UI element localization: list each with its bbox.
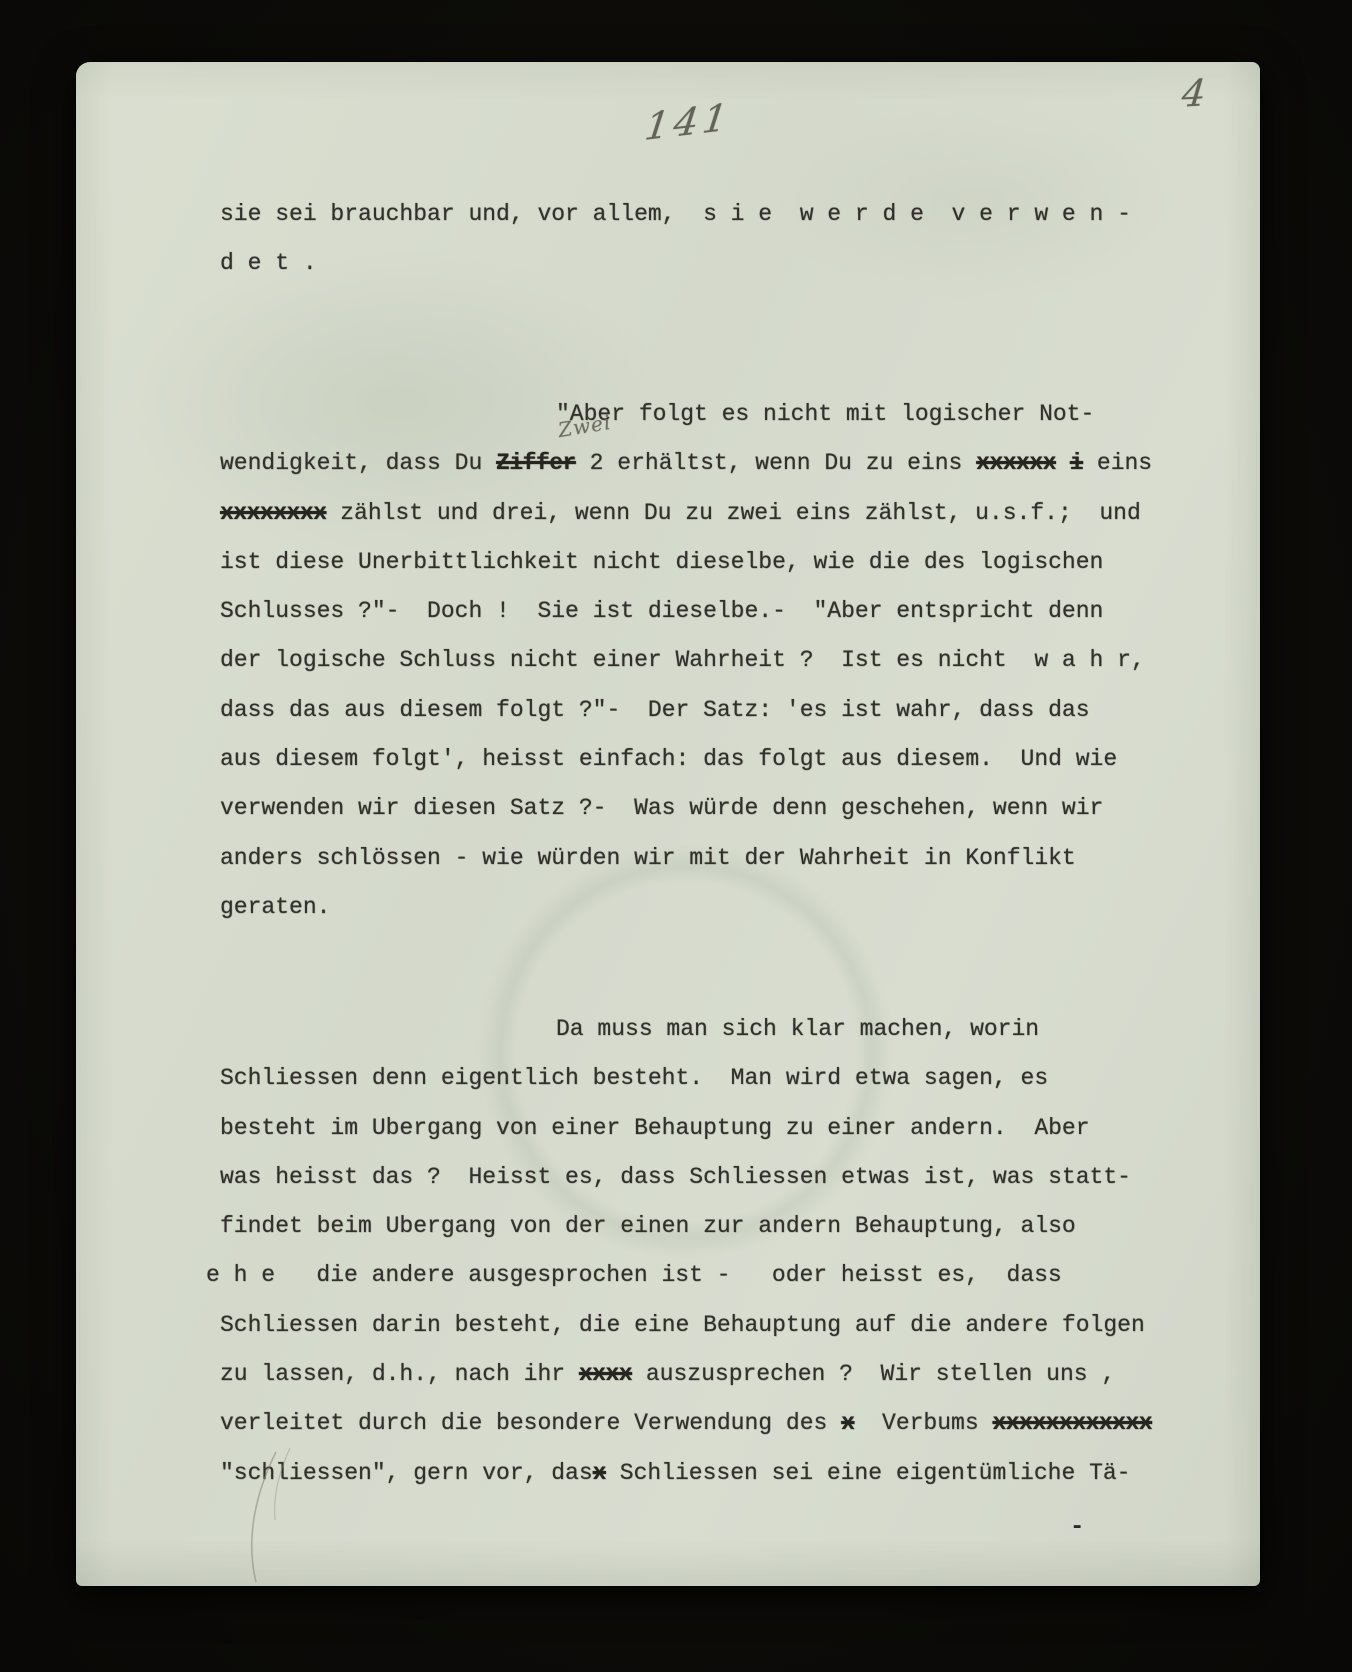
- typed-text-segment: dass das aus diesem folgt ?"- Der Satz: …: [220, 697, 1090, 723]
- typed-text-segment: geraten.: [220, 894, 330, 920]
- typed-text-segment: d e t .: [220, 250, 317, 276]
- typed-line: der logische Schluss nicht einer Wahrhei…: [220, 636, 1250, 685]
- typed-line: besteht im Ubergang von einer Behauptung…: [220, 1104, 1250, 1153]
- typed-line: Schliessen denn eigentlich besteht. Man …: [220, 1054, 1250, 1103]
- handwritten-page-number-corner: 4: [1180, 71, 1207, 115]
- struck-out-text: xxxx: [579, 1361, 632, 1387]
- typed-text-segment: Schliessen darin besteht, die eine Behau…: [220, 1312, 1145, 1338]
- typed-line: e h e die andere ausgesprochen ist - ode…: [220, 1251, 1250, 1300]
- struck-out-text: xxxxxxxx: [220, 500, 326, 526]
- pencil-scratch-mark: [218, 1446, 318, 1586]
- struck-out-text: i: [1070, 450, 1083, 476]
- typed-text-segment: findet beim Ubergang von der einen zur a…: [220, 1213, 1076, 1239]
- struck-out-text: xxxxxx: [976, 450, 1056, 476]
- typed-line: "Aber folgt es nicht mit logischer Not-: [220, 390, 1250, 439]
- typed-line: was heisst das ? Heisst es, dass Schlies…: [220, 1153, 1250, 1202]
- typed-line: findet beim Ubergang von der einen zur a…: [220, 1202, 1250, 1251]
- typed-text-segment: 2 erhältst, wenn Du zu eins: [576, 450, 976, 476]
- typed-text-segment: zählst und drei, wenn Du zu zwei eins zä…: [326, 500, 1140, 526]
- typed-line: ist diese Unerbittlichkeit nicht dieselb…: [220, 538, 1250, 587]
- typed-paragraph-2: "Aber folgt es nicht mit logischer Not-w…: [220, 390, 1250, 932]
- typed-text-segment: auszusprechen ? Wir stellen uns ,: [632, 1361, 1115, 1387]
- typed-text-segment: besteht im Ubergang von einer Behauptung…: [220, 1115, 1090, 1141]
- typed-line: wendigkeit, dass Du Ziffer 2 erhältst, w…: [220, 439, 1250, 488]
- typed-text-segment: "Aber folgt es nicht mit logischer Not-: [556, 401, 1094, 427]
- typed-line: verleitet durch die besondere Verwendung…: [220, 1399, 1250, 1448]
- typed-text-segment: Verbums: [854, 1410, 992, 1436]
- typed-text-segment: Da muss man sich klar machen, worin: [556, 1016, 1039, 1042]
- photo-background: { "page": { "description": "Photographed…: [0, 0, 1352, 1672]
- typed-text-segment: wendigkeit, dass Du: [220, 450, 496, 476]
- typed-line: dass das aus diesem folgt ?"- Der Satz: …: [220, 686, 1250, 735]
- typed-text-segment: e h e die andere ausgesprochen ist - ode…: [206, 1262, 1062, 1288]
- struck-out-text: x: [593, 1460, 606, 1486]
- typed-line: anders schlössen - wie würden wir mit de…: [220, 834, 1250, 883]
- typed-paragraph-1: sie sei brauchbar und, vor allem, s i e …: [220, 190, 1250, 289]
- paper-sheet: 141 4 sie sei brauchbar und, vor allem, …: [76, 62, 1260, 1586]
- struck-out-text: x: [841, 1410, 854, 1436]
- typed-paragraph-3: Da muss man sich klar machen, worinSchli…: [220, 1005, 1250, 1498]
- typed-text-segment: verwenden wir diesen Satz ?- Was würde d…: [220, 795, 1103, 821]
- typed-text-segment: was heisst das ? Heisst es, dass Schlies…: [220, 1164, 1131, 1190]
- typed-text-segment: ist diese Unerbittlichkeit nicht dieselb…: [220, 549, 1103, 575]
- typed-line: sie sei brauchbar und, vor allem, s i e …: [220, 190, 1250, 239]
- typed-line: zu lassen, d.h., nach ihr xxxx auszuspre…: [220, 1350, 1250, 1399]
- typed-trailing-dash: -: [1070, 1514, 1084, 1541]
- struck-out-text: Ziffer: [496, 450, 576, 476]
- typed-text-segment: sie sei brauchbar und, vor allem, s i e …: [220, 201, 1131, 227]
- typed-line: xxxxxxxx zählst und drei, wenn Du zu zwe…: [220, 489, 1250, 538]
- typed-line: "schliessen", gern vor, dasx Schliessen …: [220, 1449, 1250, 1498]
- typed-text-segment: aus diesem folgt', heisst einfach: das f…: [220, 746, 1117, 772]
- typed-text-segment: der logische Schluss nicht einer Wahrhei…: [220, 647, 1145, 673]
- typed-line: aus diesem folgt', heisst einfach: das f…: [220, 735, 1250, 784]
- typed-text-segment: eins: [1083, 450, 1152, 476]
- typed-text-segment: Schliessen sei eine eigentümliche Tä-: [606, 1460, 1131, 1486]
- handwritten-page-number-center: 141: [642, 95, 734, 149]
- typed-line: d e t .: [220, 239, 1250, 288]
- typed-line: geraten.: [220, 883, 1250, 932]
- typed-text-segment: [1056, 450, 1070, 476]
- struck-out-text: xxxxxxxxxxxx: [992, 1410, 1152, 1436]
- typed-text-segment: verleitet durch die besondere Verwendung…: [220, 1410, 841, 1436]
- typed-text-segment: zu lassen, d.h., nach ihr: [220, 1361, 579, 1387]
- typed-line: Da muss man sich klar machen, worin: [220, 1005, 1250, 1054]
- typed-text-segment: Schliessen denn eigentlich besteht. Man …: [220, 1065, 1048, 1091]
- typed-text-segment: Schlusses ?"- Doch ! Sie ist dieselbe.- …: [220, 598, 1103, 624]
- typed-line: Schlusses ?"- Doch ! Sie ist dieselbe.- …: [220, 587, 1250, 636]
- typed-line: verwenden wir diesen Satz ?- Was würde d…: [220, 784, 1250, 833]
- typed-line: Schliessen darin besteht, die eine Behau…: [220, 1301, 1250, 1350]
- typed-text-segment: anders schlössen - wie würden wir mit de…: [220, 845, 1076, 871]
